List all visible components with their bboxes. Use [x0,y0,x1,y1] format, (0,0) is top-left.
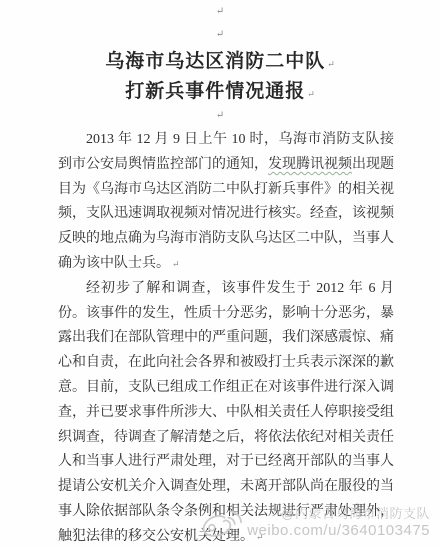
spellcheck-underlined-text: 发现腾讯视频 [268,157,352,172]
return-mark-icon: ↵ [172,259,180,269]
notice-document-page: ↵ ↵ 乌海市乌达区消防二中队↵ 打新兵事件情况通报↵ ↵ 2013 年 12 … [0,0,440,547]
empty-paragraph-mark: ↵ [0,0,440,23]
title-line-2: 打新兵事件情况通报↵ [0,78,440,108]
return-mark-icon: ↵ [216,29,224,40]
weibo-watermark: @内蒙古乌海市消防支队 weibo.com/u/3640103475 [200,505,430,541]
document-body: 2013 年 12 月 9 日上午 10 时，乌海市消防支队接到市公安局舆情监控… [58,128,394,547]
title-text: 乌海市乌达区消防二中队 [105,51,325,72]
title-line-1: 乌海市乌达区消防二中队↵ [0,48,440,78]
document-title: 乌海市乌达区消防二中队↵ 打新兵事件情况通报↵ [0,48,440,108]
empty-paragraph-mark: ↵ [0,23,440,46]
paragraph-1: 2013 年 12 月 9 日上午 10 时，乌海市消防支队接到市公安局舆情监控… [58,128,394,277]
return-mark-icon: ↵ [216,110,224,121]
return-mark-icon: ↵ [216,6,224,17]
return-mark-icon: ↵ [307,89,315,99]
watermark-account: @内蒙古乌海市消防支队 [247,505,430,522]
watermark-url: weibo.com/u/3640103475 [247,522,430,540]
empty-paragraph-mark: ↵ [0,108,440,126]
watermark-text: @内蒙古乌海市消防支队 weibo.com/u/3640103475 [247,505,430,540]
paragraph-text: 出现题目为《乌海市乌达区消防二中队打新兵事件》的相关视频，支队迅速调取视频对情况… [58,157,394,271]
weibo-logo-icon [200,507,242,541]
title-text: 打新兵事件情况通报 [125,81,305,102]
return-mark-icon: ↵ [327,59,335,69]
